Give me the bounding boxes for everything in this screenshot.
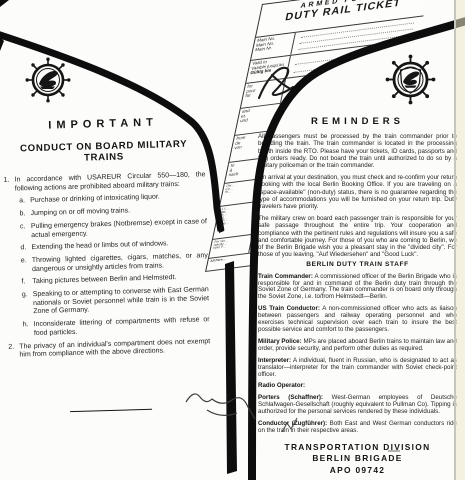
- item-marker: e.: [21, 257, 32, 275]
- item-text: Taking pictures between Berlin and Helms…: [32, 274, 208, 288]
- scan-speck: [0, 0, 9, 7]
- item-text: Extending the head or limbs out of windo…: [31, 239, 207, 253]
- item-text: The privacy of an individual's compartme…: [19, 338, 210, 361]
- item-marker: 2.: [8, 343, 19, 361]
- item-marker: a.: [19, 198, 30, 207]
- paragraph: All passengers must be processed by the …: [258, 133, 457, 169]
- rule-divider: [70, 409, 152, 412]
- item-marker: d.: [20, 244, 31, 253]
- footer-line: TRANSPORTATION DIVISION: [258, 442, 457, 454]
- item-marker: g.: [22, 291, 34, 317]
- footer-transportation-division: TRANSPORTATION DIVISION BERLIN BRIGADE A…: [258, 442, 457, 477]
- staff-paragraph: Military Police: MPs are placed aboard B…: [258, 339, 457, 353]
- paragraph: On arrival at your destination, you must…: [258, 174, 457, 210]
- list-item: h.Inconsiderate littering of compartment…: [8, 316, 210, 339]
- staff-heading: BERLIN DUTY TRAIN STAFF: [258, 261, 457, 268]
- staff-paragraph: Train Commander: A commissioned officer …: [258, 274, 457, 302]
- left-page: IMPORTANT CONDUCT ON BOARD MILITARY TRAI…: [2, 115, 212, 413]
- list-item: b.Jumping on or off moving trains.: [4, 205, 206, 219]
- staff-paragraph: Radio Operator:: [258, 383, 457, 390]
- list-item: d.Extending the head or limbs out of win…: [5, 239, 207, 253]
- staff-paragraph: Conductor (Zugführer): Both East and Wes…: [258, 421, 457, 435]
- item-text: Throwing lighted cigarettes, cigars, mat…: [32, 252, 208, 274]
- staff-title: Radio Operator:: [258, 382, 305, 389]
- list-item: c.Pulling emergency brakes (Notbremse) e…: [5, 218, 207, 241]
- item-text: Inconsiderate littering of compartments …: [34, 316, 210, 338]
- staff-paragraph: US Train Conductor: A non-commissioned o…: [258, 306, 457, 334]
- scanned-document: IMPORTANT CONDUCT ON BOARD MILITARY TRAI…: [0, 0, 465, 480]
- list-item: g.Speaking to or attempting to converse …: [7, 286, 210, 318]
- footer-line: BERLIN BRIGADE: [258, 453, 457, 465]
- important-heading: IMPORTANT: [2, 115, 204, 133]
- item-marker: 1.: [4, 177, 15, 195]
- list-item: 1. In accordance with USAREUR Circular 5…: [4, 171, 206, 194]
- conduct-heading: CONDUCT ON BOARD MILITARY TRAINS: [3, 138, 206, 166]
- item-marker: h.: [23, 321, 34, 339]
- rules-list: 1. In accordance with USAREUR Circular 5…: [4, 171, 211, 361]
- right-page: REMINDERS All passengers must be process…: [258, 112, 457, 477]
- handwritten-signature-scribble-icon: [252, 58, 312, 106]
- list-item: f.Taking pictures between Berlin and Hel…: [6, 274, 208, 288]
- item-text: Jumping on or off moving trains.: [30, 205, 206, 219]
- item-marker: b.: [19, 210, 30, 219]
- ships-wheel-shield-emblem-icon: [383, 52, 438, 107]
- item-text: Pulling emergency brakes (Notbremse) exc…: [31, 218, 207, 240]
- item-text: Speaking to or attempting to converse wi…: [33, 286, 210, 317]
- list-item: e.Throwing lighted cigarettes, cigars, m…: [6, 252, 208, 275]
- paragraph: The military crew on board each passenge…: [258, 215, 457, 258]
- footer-line: APO 09742: [258, 465, 457, 477]
- scan-speck: [0, 37, 4, 51]
- item-marker: c.: [20, 223, 31, 241]
- item-text: Purchase or drinking of intoxicating liq…: [30, 193, 206, 207]
- reminders-heading: REMINDERS: [258, 118, 457, 125]
- page-edge-bar: [225, 261, 237, 474]
- scan-edge-tint: [456, 0, 465, 480]
- list-item: a.Purchase or drinking of intoxicating l…: [4, 193, 206, 207]
- item-text: In accordance with USAREUR Circular 550—…: [15, 171, 206, 194]
- list-item: 2. The privacy of an individual's compar…: [8, 338, 210, 361]
- ticket-fine-print: All Pers…: [210, 257, 226, 263]
- item-marker: f.: [21, 278, 32, 287]
- staff-paragraph: Interpreter: A individual, fluent in Rus…: [258, 358, 457, 379]
- ships-wheel-winged-emblem-icon: [24, 56, 72, 104]
- staff-paragraph: Porters (Schaffner): West-German employe…: [258, 395, 457, 416]
